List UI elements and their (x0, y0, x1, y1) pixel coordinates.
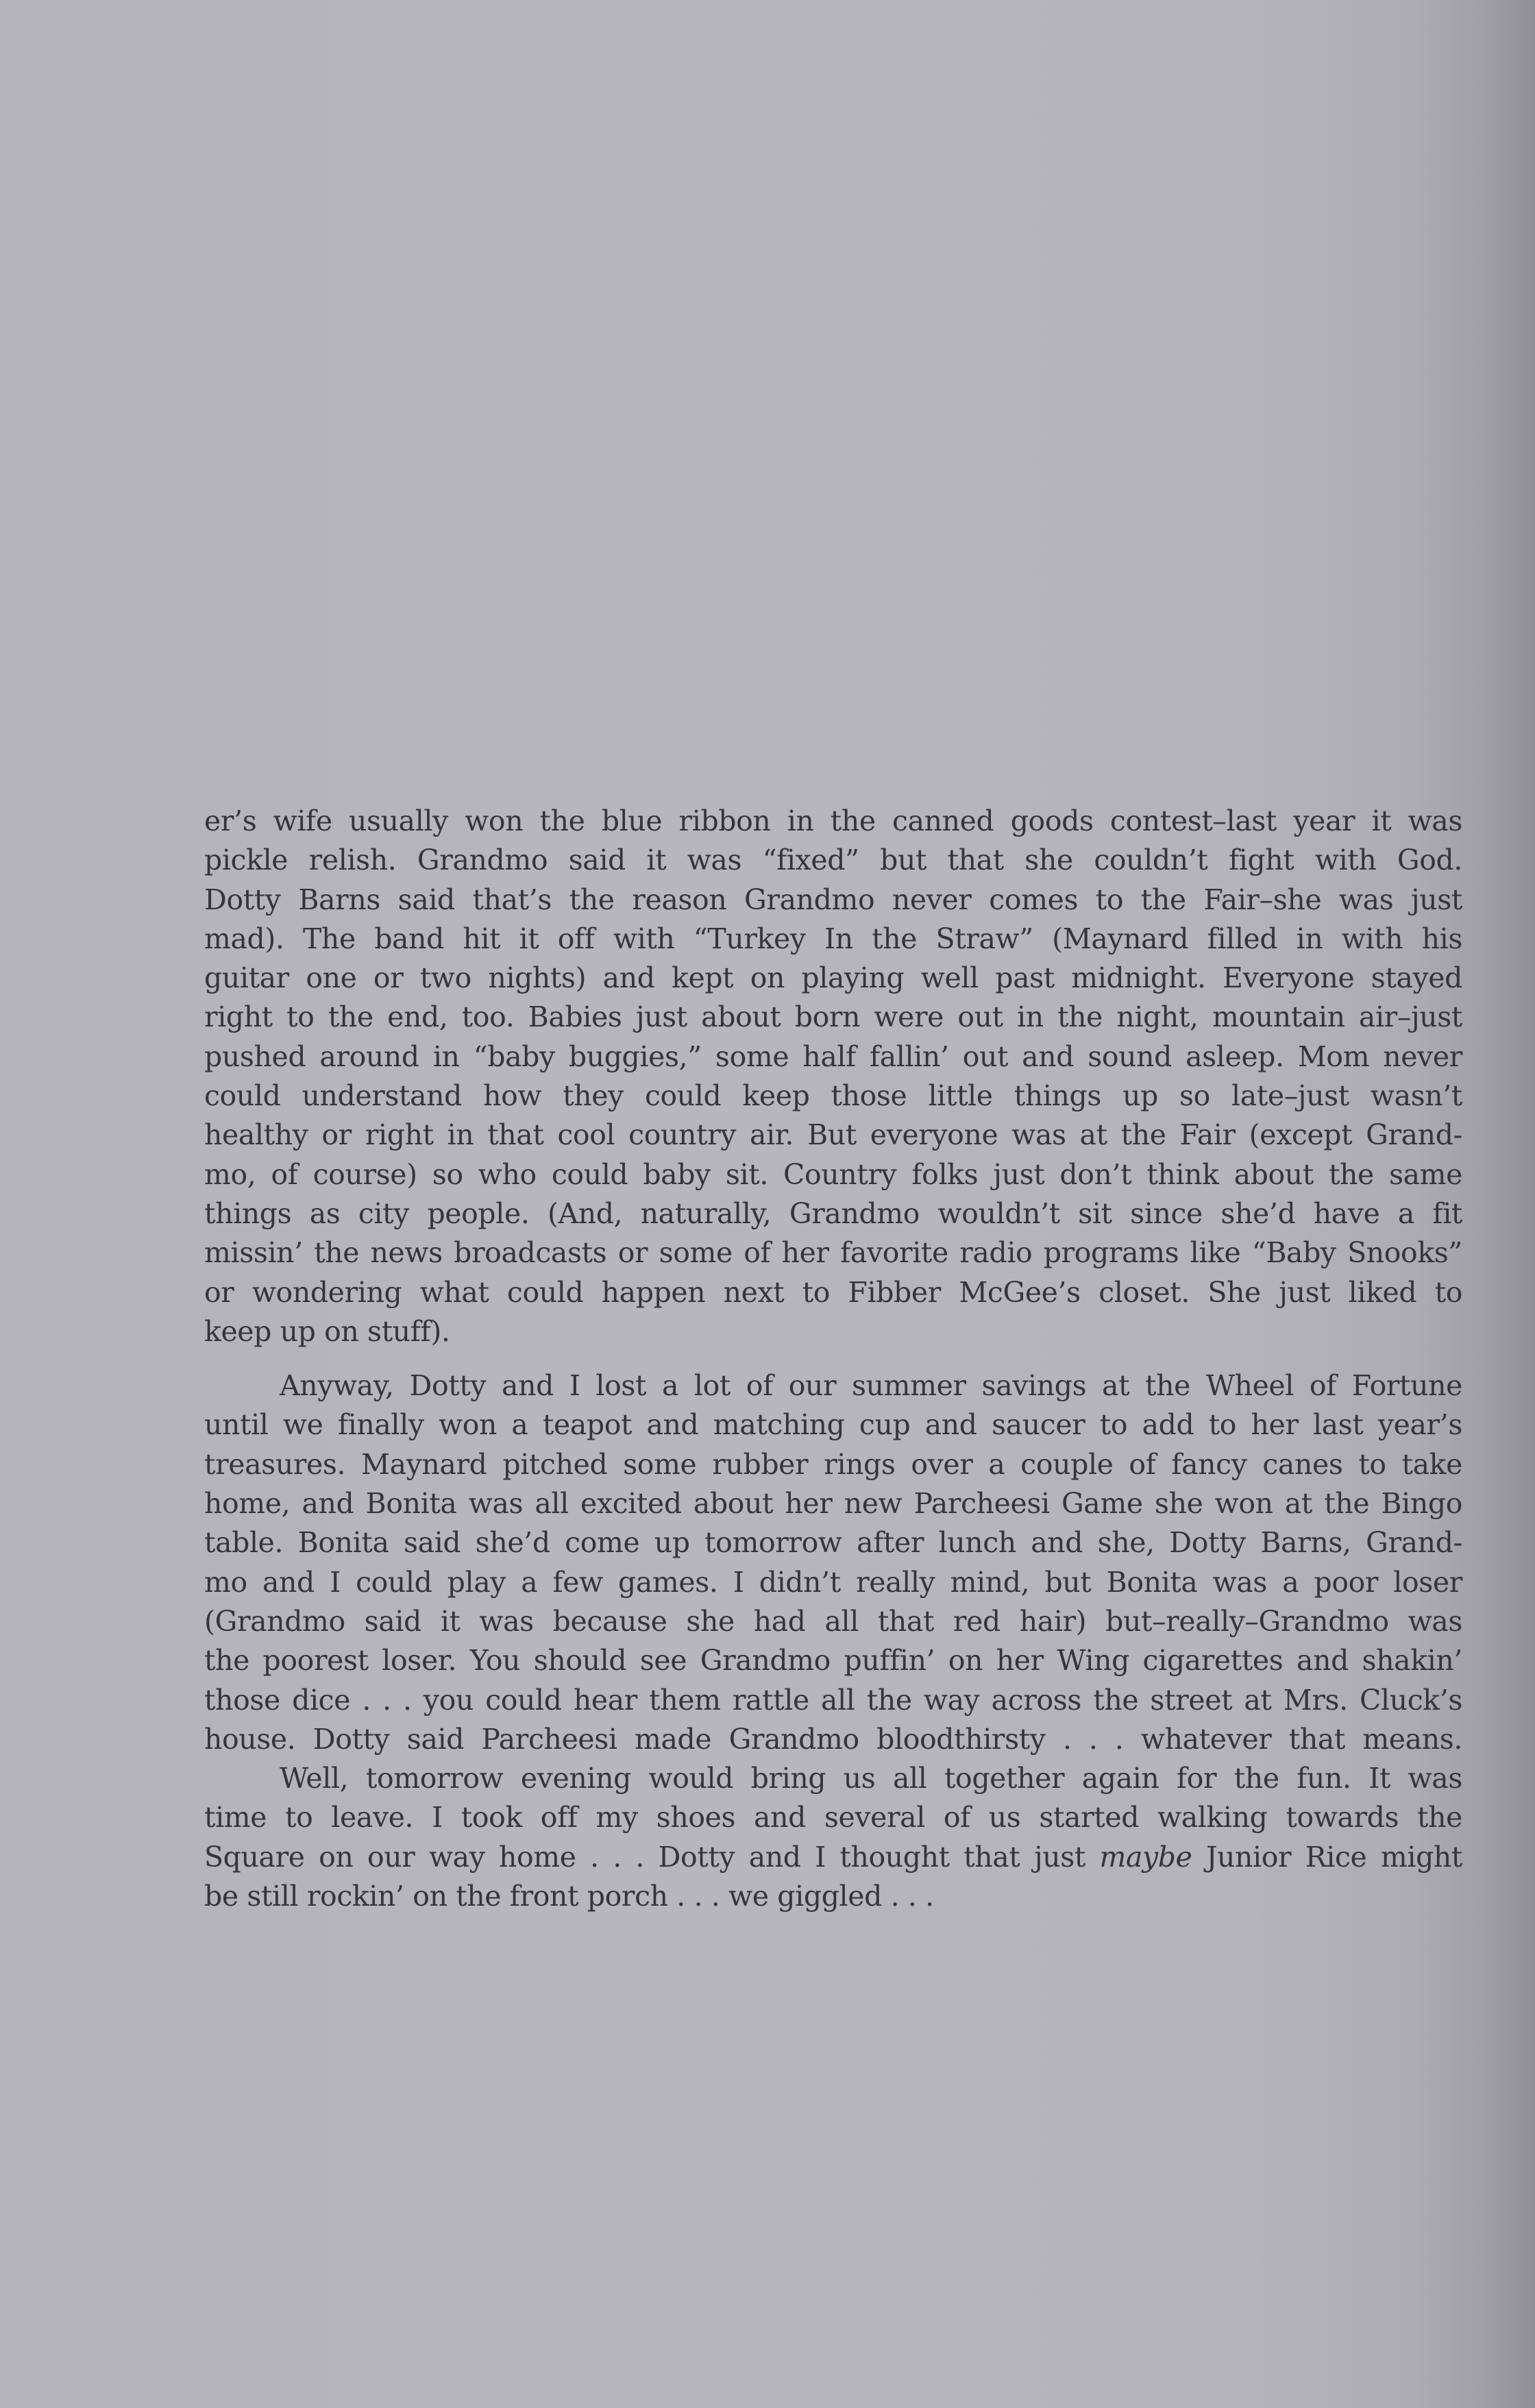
text-line: table. Bonita said she’d come up tomorro… (204, 1523, 1462, 1562)
book-page: er’s wife usually won the blue ribbon in… (0, 0, 1535, 2408)
text-line: mo and I could play a few games. I didn’… (204, 1563, 1462, 1602)
paragraph-1: er’s wife usually won the blue ribbon in… (204, 802, 1462, 1351)
text-line: guitar one or two nights) and kept on pl… (204, 959, 1462, 998)
text-line: until we finally won a teapot and matchi… (204, 1405, 1462, 1445)
text-line: keep up on stuff). (204, 1312, 1462, 1351)
text-line: missin’ the news broadcasts or some of h… (204, 1233, 1462, 1273)
text-line: Well, tomorrow evening would bring us al… (204, 1759, 1462, 1798)
text-segment: Junior Rice might (1192, 1841, 1463, 1873)
text-line: or wondering what could happen next to F… (204, 1273, 1462, 1312)
text-line: er’s wife usually won the blue ribbon in… (204, 802, 1462, 841)
text-line: things as city people. (And, naturally, … (204, 1194, 1462, 1233)
text-line: treasures. Maynard pitched some rubber r… (204, 1445, 1462, 1484)
text-line: pickle relish. Grandmo said it was “fixe… (204, 841, 1462, 880)
text-line: could understand how they could keep tho… (204, 1077, 1462, 1116)
text-line: (Grandmo said it was because she had all… (204, 1602, 1462, 1641)
italic-emphasis: maybe (1100, 1841, 1192, 1873)
body-text: er’s wife usually won the blue ribbon in… (204, 802, 1462, 1916)
text-line: Anyway, Dotty and I lost a lot of our su… (204, 1366, 1462, 1405)
text-line: those dice . . . you could hear them rat… (204, 1681, 1462, 1720)
text-line: be still rockin’ on the front porch . . … (204, 1877, 1462, 1916)
text-line: pushed around in “baby buggies,” some ha… (204, 1037, 1462, 1077)
paragraph-2: Anyway, Dotty and I lost a lot of our su… (204, 1366, 1462, 1759)
text-line: healthy or right in that cool country ai… (204, 1116, 1462, 1155)
text-line: the poorest loser. You should see Grandm… (204, 1641, 1462, 1680)
text-segment: Square on our way home . . . Dotty and I… (204, 1841, 1100, 1873)
text-line: right to the end, too. Babies just about… (204, 998, 1462, 1037)
text-line: home, and Bonita was all excited about h… (204, 1484, 1462, 1523)
paragraph-3: Well, tomorrow evening would bring us al… (204, 1759, 1462, 1916)
text-line: time to leave. I took off my shoes and s… (204, 1798, 1462, 1837)
text-line-with-italic: Square on our way home . . . Dotty and I… (204, 1838, 1462, 1877)
text-line: Dotty Barns said that’s the reason Grand… (204, 881, 1462, 920)
text-line: mo, of course) so who could baby sit. Co… (204, 1155, 1462, 1194)
text-line: house. Dotty said Parcheesi made Grandmo… (204, 1720, 1462, 1759)
text-line: mad). The band hit it off with “Turkey I… (204, 920, 1462, 959)
